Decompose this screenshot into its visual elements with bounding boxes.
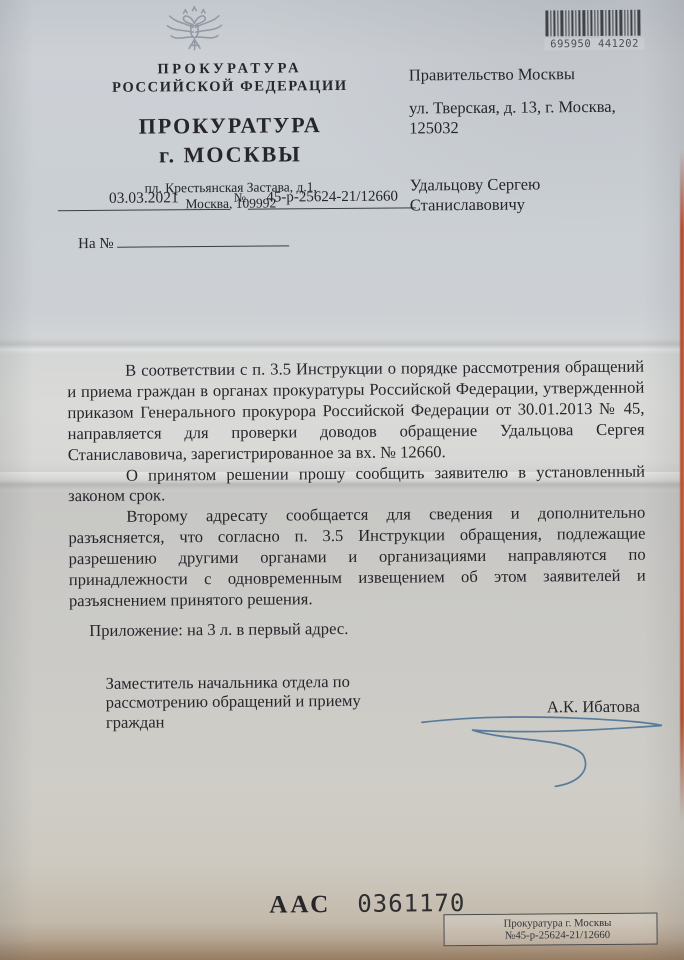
handwritten-signature — [417, 692, 668, 799]
scanned-letter-photo: ПРОКУРАТУРА РОССИЙСКОЙ ФЕДЕРАЦИИ ПРОКУРА… — [0, 0, 684, 960]
org-name-line1: ПРОКУРАТУРА — [35, 111, 425, 140]
recipient-block: Правительство Москвы ул. Тверская, д. 13… — [409, 64, 640, 216]
recipient-person-line2: Станиславовичу — [410, 194, 620, 216]
org-parent-name-line1: ПРОКУРАТУРА — [35, 59, 425, 79]
form-series-row: ААС 0361170 — [269, 889, 465, 920]
org-name-line2: г. МОСКВЫ — [35, 140, 425, 169]
attachment-line: Приложение: на 3 л. в первый адрес. — [89, 619, 348, 641]
form-series: ААС — [269, 891, 331, 919]
body-paragraph-2: О принятом решении прошу сообщить заявит… — [68, 461, 645, 507]
reference-blank-line — [117, 231, 289, 247]
recipient-address-line1: ул. Тверская, д. 13, г. Москва, — [409, 97, 639, 119]
date-number-row: 03.03.2021№45-р-25624-21/12660 — [58, 187, 417, 211]
stamp-number-line: №45-р-25624-21/12660 — [459, 929, 657, 943]
body-paragraph-3: Второму адресату сообщается для сведения… — [68, 503, 646, 612]
recipient-person: Удальцову Сергею Станиславовичу — [410, 174, 620, 216]
letter-number: 45-р-25624-21/12660 — [248, 188, 416, 209]
double-headed-eagle-emblem-icon — [164, 3, 224, 66]
letter-content: ПРОКУРАТУРА РОССИЙСКОЙ ФЕДЕРАЦИИ ПРОКУРА… — [0, 0, 684, 960]
recipient-org: Правительство Москвы — [409, 64, 639, 86]
recipient-address: ул. Тверская, д. 13, г. Москва, 125032 — [409, 97, 639, 139]
body-paragraph-1: В соответствии с п. 3.5 Инструкции о пор… — [67, 357, 645, 466]
recipient-address-line2: 125032 — [409, 117, 639, 139]
reference-number-row: На № — [78, 231, 289, 253]
recipient-person-line1: Удальцову Сергею — [410, 174, 620, 196]
reference-label: На № — [78, 236, 114, 252]
org-parent-name-line2: РОССИЙСКОЙ ФЕДЕРАЦИИ — [35, 77, 425, 97]
barcode: 695950 441202 — [544, 10, 644, 51]
signer-title: Заместитель начальника отдела по рассмот… — [106, 672, 376, 732]
letter-body: В соответствии с п. 3.5 Инструкции о пор… — [67, 357, 646, 612]
registration-stamp-box: Прокуратура г. Москвы №45-р-25624-21/126… — [443, 913, 657, 947]
signer-title-line1: Заместитель начальника отдела по — [106, 672, 376, 694]
letter-date: 03.03.2021 — [58, 189, 230, 211]
barcode-digits: 695950 441202 — [545, 38, 645, 51]
signer-title-line3: граждан — [106, 711, 376, 733]
signer-title-line2: рассмотрению обращений и приему — [106, 691, 376, 713]
number-sign: № — [234, 190, 247, 206]
